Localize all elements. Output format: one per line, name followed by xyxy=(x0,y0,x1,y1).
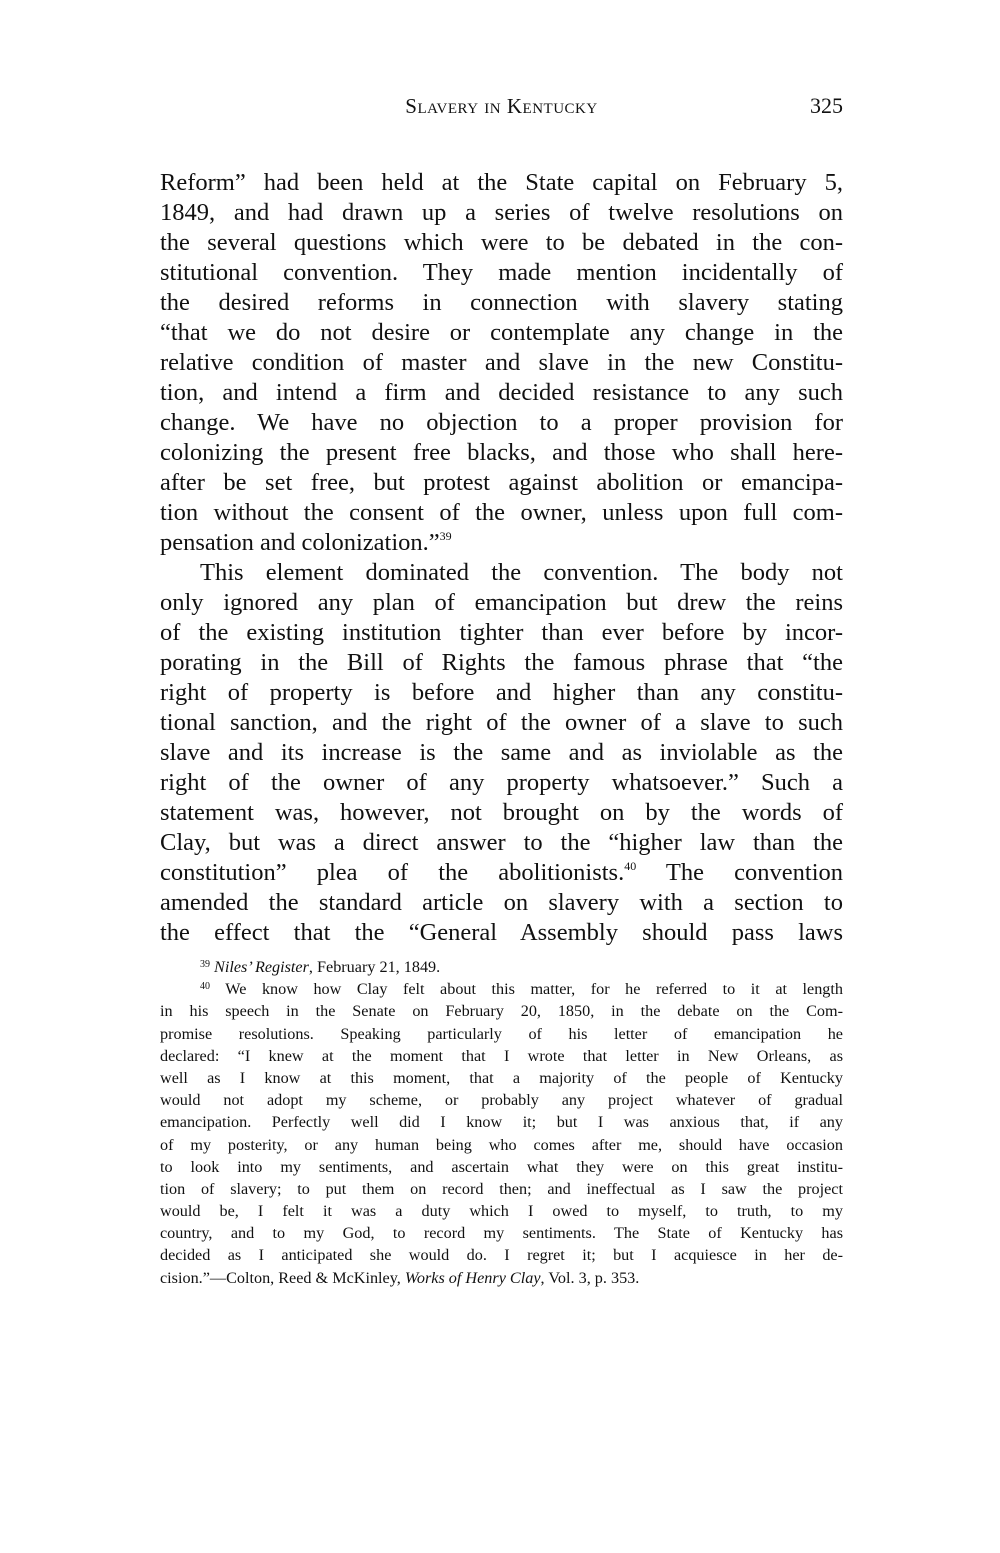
footnote-40-first-line: 40 We know how Clay felt about this matt… xyxy=(160,978,843,1000)
footnote-citation-line: cision.”—Colton, Reed & McKinley, Works … xyxy=(160,1267,843,1289)
body-line: “that we do not desire or contemplate an… xyxy=(160,318,843,348)
body-line: amended the standard article on slavery … xyxy=(160,888,843,918)
body-line-tail: The convention xyxy=(666,859,843,886)
body-line: Clay, but was a direct answer to the “hi… xyxy=(160,828,843,858)
body-line: colonizing the present free blacks, and … xyxy=(160,438,843,468)
footnote-line: would not adopt my scheme, or probably a… xyxy=(160,1089,843,1111)
body-line: the effect that the “General Assembly sh… xyxy=(160,918,843,948)
running-head: Slavery in Kentucky 325 xyxy=(160,90,843,120)
footnote-line: country, and to my God, to record my sen… xyxy=(160,1222,843,1244)
footnote-line: emancipation. Perfectly well did I know … xyxy=(160,1111,843,1133)
body-line: the desired reforms in connection with s… xyxy=(160,288,843,318)
body-line: constitution” plea of the abolitionists.… xyxy=(160,858,843,888)
footnote-reference-39[interactable]: 39 xyxy=(440,529,452,543)
running-title: Slavery in Kentucky xyxy=(160,94,843,119)
footnote-39: 39 Niles’ Register, February 21, 1849. xyxy=(160,956,843,978)
body-line: after be set free, but protest against a… xyxy=(160,468,843,498)
body-line: right of the owner of any property whats… xyxy=(160,768,843,798)
footnote-source-title: Niles’ Register xyxy=(214,958,309,976)
body-line: tion, and intend a firm and decided resi… xyxy=(160,378,843,408)
paragraph-start-line: This element dominated the convention. T… xyxy=(160,558,843,588)
footnote-line: tion of slavery; to put them on record t… xyxy=(160,1178,843,1200)
page-number: 325 xyxy=(810,93,843,119)
footnote-text: We know how Clay felt about this matter,… xyxy=(225,980,843,998)
body-line: pensation and colonization.”39 xyxy=(160,528,843,558)
body-line-text: pensation and colonization.” xyxy=(160,529,440,556)
footnote-number: 40 xyxy=(200,981,210,992)
body-text: Reform” had been held at the State capit… xyxy=(160,168,843,948)
body-line-text: constitution” plea of the abolitionists. xyxy=(160,859,624,886)
footnote-line: promise resolutions. Speaking particular… xyxy=(160,1023,843,1045)
body-line: change. We have no objection to a proper… xyxy=(160,408,843,438)
body-line: slave and its increase is the same and a… xyxy=(160,738,843,768)
body-line: tional sanction, and the right of the ow… xyxy=(160,708,843,738)
body-line: only ignored any plan of emancipation bu… xyxy=(160,588,843,618)
body-line: statement was, however, not brought on b… xyxy=(160,798,843,828)
footnote-line: would be, I felt it was a duty which I o… xyxy=(160,1200,843,1222)
cited-work-title: Works of Henry Clay xyxy=(405,1269,541,1287)
body-line: stitutional convention. They made mentio… xyxy=(160,258,843,288)
footnote-line: of my posterity, or any human being who … xyxy=(160,1134,843,1156)
body-line: tion without the consent of the owner, u… xyxy=(160,498,843,528)
body-line: 1849, and had drawn up a series of twelv… xyxy=(160,198,843,228)
body-line: of the existing institution tighter than… xyxy=(160,618,843,648)
body-line: Reform” had been held at the State capit… xyxy=(160,168,843,198)
footnote-number: 39 xyxy=(200,959,210,970)
body-line: porating in the Bill of Rights the famou… xyxy=(160,648,843,678)
footnote-text: , February 21, 1849. xyxy=(309,958,440,976)
footnote-line: well as I know at this moment, that a ma… xyxy=(160,1067,843,1089)
footnote-line: in his speech in the Senate on February … xyxy=(160,1000,843,1022)
footnote-text: , Vol. 3, p. 353. xyxy=(541,1269,640,1287)
footnote-text: cision.”—Colton, Reed & McKinley, xyxy=(160,1269,405,1287)
body-line: relative condition of master and slave i… xyxy=(160,348,843,378)
footnotes: 39 Niles’ Register, February 21, 1849. 4… xyxy=(160,956,843,1289)
body-line: right of property is before and higher t… xyxy=(160,678,843,708)
footnote-line: declared: “I knew at the moment that I w… xyxy=(160,1045,843,1067)
footnote-line: decided as I anticipated she would do. I… xyxy=(160,1244,843,1266)
footnote-line: to look into my sentiments, and ascertai… xyxy=(160,1156,843,1178)
body-line: the several questions which were to be d… xyxy=(160,228,843,258)
footnote-reference-40[interactable]: 40 xyxy=(624,859,636,873)
